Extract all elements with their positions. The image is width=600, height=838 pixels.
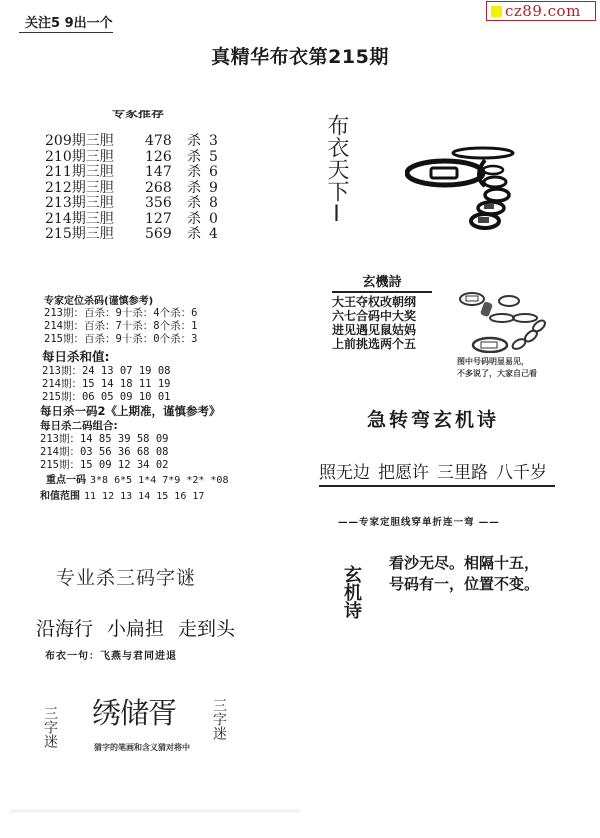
faint-footer-line <box>10 809 300 813</box>
number-chain-icon <box>455 288 555 357</box>
nums-cell: 569 <box>145 227 187 243</box>
kill-cell: 0 <box>209 212 229 228</box>
three-char-riddle-label-left: 三字迷 <box>42 706 58 748</box>
three-char-riddle-label-right: 三字迷 <box>211 698 227 740</box>
issue-cell: 209期三胆 <box>45 134 145 150</box>
yellow-square-icon <box>491 6 502 17</box>
daily-kill-one: 每日杀一码2《上期准，谨慎参考》 <box>40 403 221 419</box>
jzw-phrase: 八千岁 <box>496 463 547 483</box>
kill-cell: 3 <box>209 134 229 150</box>
poem-line: 进见遇见鼠姑妈 <box>332 323 432 337</box>
xuanji-shi-vertical: 玄机诗 <box>337 565 366 619</box>
sum-range-values: 11 12 13 14 15 16 17 <box>84 491 204 502</box>
note-line: 不多说了，大家自己看 <box>457 368 537 380</box>
issue-cell: 215期三胆 <box>45 227 145 243</box>
section-heading: 专家定位杀码(谨慎参考) <box>44 292 197 307</box>
note-line: 图中号码明显易见， <box>457 356 537 368</box>
three-dan-table: 209期三胆 478 杀 3 210期三胆 126 杀 5 211期三胆 147… <box>45 134 229 243</box>
jzw-title: 急转弯玄机诗 <box>367 405 499 432</box>
watermark-text: cz89.com <box>505 2 581 20</box>
kill-label: 杀 <box>187 196 209 212</box>
table-row: 211期三胆 147 杀 6 <box>45 165 229 181</box>
jzw-phrase: 照无边 <box>319 463 370 483</box>
list-item: 213期：百杀：9十杀：4个杀：6 <box>44 307 197 320</box>
kill-label: 杀 <box>187 165 209 181</box>
section-heading: 每日杀二码组合: <box>40 418 168 433</box>
list-item: 214期：03 56 36 68 08 <box>40 446 168 459</box>
buyi-line: 布衣一句：飞燕与君同进退 <box>45 647 177 662</box>
poem-line: 上前挑选两个五 <box>332 337 432 351</box>
sum-range-label: 和值范围 <box>40 491 80 502</box>
riddle-phrase: 走到头 <box>178 618 235 640</box>
table-row: 215期三胆 569 杀 4 <box>45 227 229 243</box>
coin-chain-icon <box>405 140 515 244</box>
list-item: 213期：24 13 07 19 08 <box>42 365 170 378</box>
jzw-phrase: 三里路 <box>437 463 488 483</box>
kill-label: 杀 <box>187 212 209 228</box>
poem-line: 号码有一，位置不变。 <box>389 574 539 595</box>
table-row: 214期三胆 127 杀 0 <box>45 212 229 228</box>
list-item: 214期：百杀：7十杀：8个杀：1 <box>44 320 197 333</box>
xuanji-title: 玄機詩 <box>332 271 432 293</box>
poem-line: 看沙无尽。相隔十五， <box>389 553 539 574</box>
riddle-title: 专业杀三码字谜 <box>56 563 196 590</box>
list-item: 215期：15 09 12 34 02 <box>40 459 168 472</box>
issue-cell: 210期三胆 <box>45 150 145 166</box>
issue-cell: 214期三胆 <box>45 212 145 228</box>
daily-kill-two-section: 每日杀二码组合: 213期：14 85 39 58 09 214期：03 56 … <box>40 418 168 471</box>
expert-line: ——专家定胆线穿单折连一弯 —— <box>338 514 500 528</box>
nums-cell: 147 <box>145 165 187 181</box>
chain-note: 图中号码明显易见， 不多说了，大家自己看 <box>457 356 537 380</box>
kill-label: 杀 <box>187 181 209 197</box>
watermark-badge: cz89.com <box>486 1 596 21</box>
kill-label: 杀 <box>187 150 209 166</box>
list-item: 215期：百杀：9十杀：0个杀：3 <box>44 333 197 346</box>
poem-line: 大王夺权改朝纲 <box>332 295 432 309</box>
riddle-phrase: 沿海行 <box>36 618 93 640</box>
kill-cell: 8 <box>209 196 229 212</box>
nums-cell: 127 <box>145 212 187 228</box>
jzw-phrases: 照无边把愿许三里路八千岁 <box>319 458 555 487</box>
kill-cell: 9 <box>209 181 229 197</box>
nums-cell: 478 <box>145 134 187 150</box>
list-item: 215期：06 05 09 10 01 <box>42 391 170 404</box>
nums-cell: 126 <box>145 150 187 166</box>
kill-cell: 6 <box>209 165 229 181</box>
position-kill-section: 专家定位杀码(谨慎参考) 213期：百杀：9十杀：4个杀：6 214期：百杀：7… <box>44 292 197 345</box>
jzw-phrase: 把愿许 <box>378 463 429 483</box>
table-row: 212期三胆 268 杀 9 <box>45 181 229 197</box>
table-row: 213期三胆 356 杀 8 <box>45 196 229 212</box>
riddle-big-word: 绣储胥 <box>92 691 176 732</box>
kill-cell: 4 <box>209 227 229 243</box>
page-title: 真精华布衣第215期 <box>0 42 600 69</box>
key-code-values: 3*8 6*5 1*4 7*9 *2* *08 <box>90 475 228 486</box>
table-row: 209期三胆 478 杀 3 <box>45 134 229 150</box>
kill-label: 杀 <box>187 134 209 150</box>
nums-cell: 268 <box>145 181 187 197</box>
sum-range-row: 和值范围11 12 13 14 15 16 17 <box>40 491 204 504</box>
riddle-note: 猜字的笔画和含义猜对将中 <box>94 742 190 753</box>
poem-line: 六七合码中大奖 <box>332 309 432 323</box>
follow-note: 关注5 9出一个 <box>19 12 113 33</box>
xuanji-poem: 看沙无尽。相隔十五， 号码有一，位置不变。 <box>389 553 539 595</box>
nums-cell: 356 <box>145 196 187 212</box>
kill-label: 杀 <box>187 227 209 243</box>
riddle-phrases: 沿海行小扁担走到头 <box>36 614 249 641</box>
xuanji-poem-box: 玄機詩 大王夺权改朝纲 六七合码中大奖 进见遇见鼠姑妈 上前挑选两个五 <box>332 271 432 351</box>
list-item: 213期：14 85 39 58 09 <box>40 433 168 446</box>
daily-sum-kill-section: 每日杀和值: 213期：24 13 07 19 08 214期：15 14 18… <box>42 347 170 403</box>
issue-cell: 213期三胆 <box>45 196 145 212</box>
key-code-label: 重点一码 <box>46 475 86 486</box>
section-heading: 每日杀和值: <box>42 347 170 365</box>
kill-cell: 5 <box>209 150 229 166</box>
list-item: 214期：15 14 18 11 19 <box>42 378 170 391</box>
issue-cell: 212期三胆 <box>45 181 145 197</box>
clipped-heading: 专家推荐 <box>112 110 164 119</box>
buyi-tianxia-vertical: 布衣天下I <box>324 114 348 227</box>
key-code-row: 重点一码3*8 6*5 1*4 7*9 *2* *08 <box>46 475 228 488</box>
table-row: 210期三胆 126 杀 5 <box>45 150 229 166</box>
issue-cell: 211期三胆 <box>45 165 145 181</box>
riddle-phrase: 小扁担 <box>107 618 164 640</box>
